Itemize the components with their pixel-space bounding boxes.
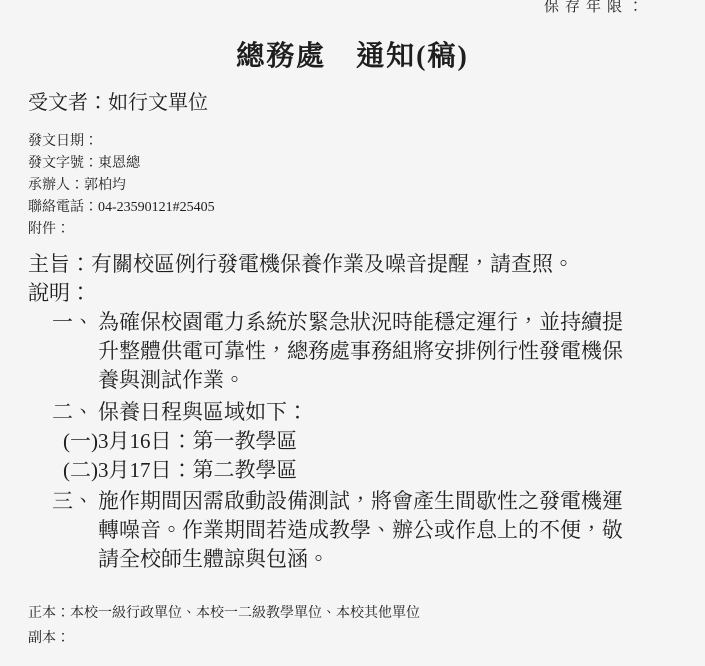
- list-item-3: 三、 施作期間因需啟動設備測試，將會產生間歇性之發電機運轉噪音。作業期間若造成教…: [0, 487, 705, 574]
- list-item-1: 一、 為確保校園電力系統於緊急狀況時能穩定運行，並持續提升整體供電可靠性，總務處…: [0, 308, 705, 395]
- item-3-text: 施作期間因需啟動設備測試，將會產生間歇性之發電機運轉噪音。作業期間若造成教學、辦…: [98, 487, 632, 574]
- original-copy-line: 正本：本校一級行政單位、本校一二級教學單位、本校其他單位: [28, 601, 705, 626]
- item-3-marker: 三、: [52, 487, 98, 574]
- sub-item-1-marker: (一): [63, 429, 98, 453]
- footer-block: 正本：本校一級行政單位、本校一二級教學單位、本校其他單位 副本：: [28, 601, 705, 651]
- sub-item-1-text: 3月16日：第一教學區: [98, 429, 298, 453]
- meta-block: 發文日期： 發文字號：東恩總 承辦人：郭柏均 聯絡電話：04-23590121#…: [28, 131, 705, 241]
- attachment-line: 附件：: [28, 219, 705, 241]
- contact-phone-line: 聯絡電話：04-23590121#25405: [28, 197, 705, 219]
- document-title: 總務處 通知(稿): [0, 40, 705, 74]
- sub-item-1: (一)3月16日：第一教學區: [0, 427, 705, 456]
- item-1-text: 為確保校園電力系統於緊急狀況時能穩定運行，並持續提升整體供電可靠性，總務處事務組…: [98, 308, 632, 395]
- explanation-label: 說明：: [28, 279, 705, 308]
- recipient-line: 受文者：如行文單位: [28, 91, 705, 115]
- doc-number-line: 發文字號：東恩總: [28, 153, 705, 175]
- sub-item-2-marker: (二): [63, 458, 98, 482]
- notice-document-page: 保存年限： 總務處 通知(稿) 受文者：如行文單位 發文日期： 發文字號：東恩總…: [0, 40, 705, 651]
- sub-item-2-text: 3月17日：第二教學區: [98, 458, 298, 482]
- item-2-marker: 二、: [52, 398, 98, 427]
- subject-line: 主旨：有關校區例行發電機保養作業及噪音提醒，請查照。: [28, 250, 705, 279]
- item-1-marker: 一、: [52, 308, 98, 395]
- item-2-text: 保養日程與區域如下：: [98, 398, 632, 427]
- retention-period-label: 保存年限：: [544, 0, 649, 16]
- handler-line: 承辦人：郭柏均: [28, 175, 705, 197]
- carbon-copy-line: 副本：: [28, 626, 705, 651]
- sub-item-2: (二)3月17日：第二教學區: [0, 456, 705, 485]
- list-item-2: 二、 保養日程與區域如下：: [0, 398, 705, 427]
- issue-date-line: 發文日期：: [28, 131, 705, 153]
